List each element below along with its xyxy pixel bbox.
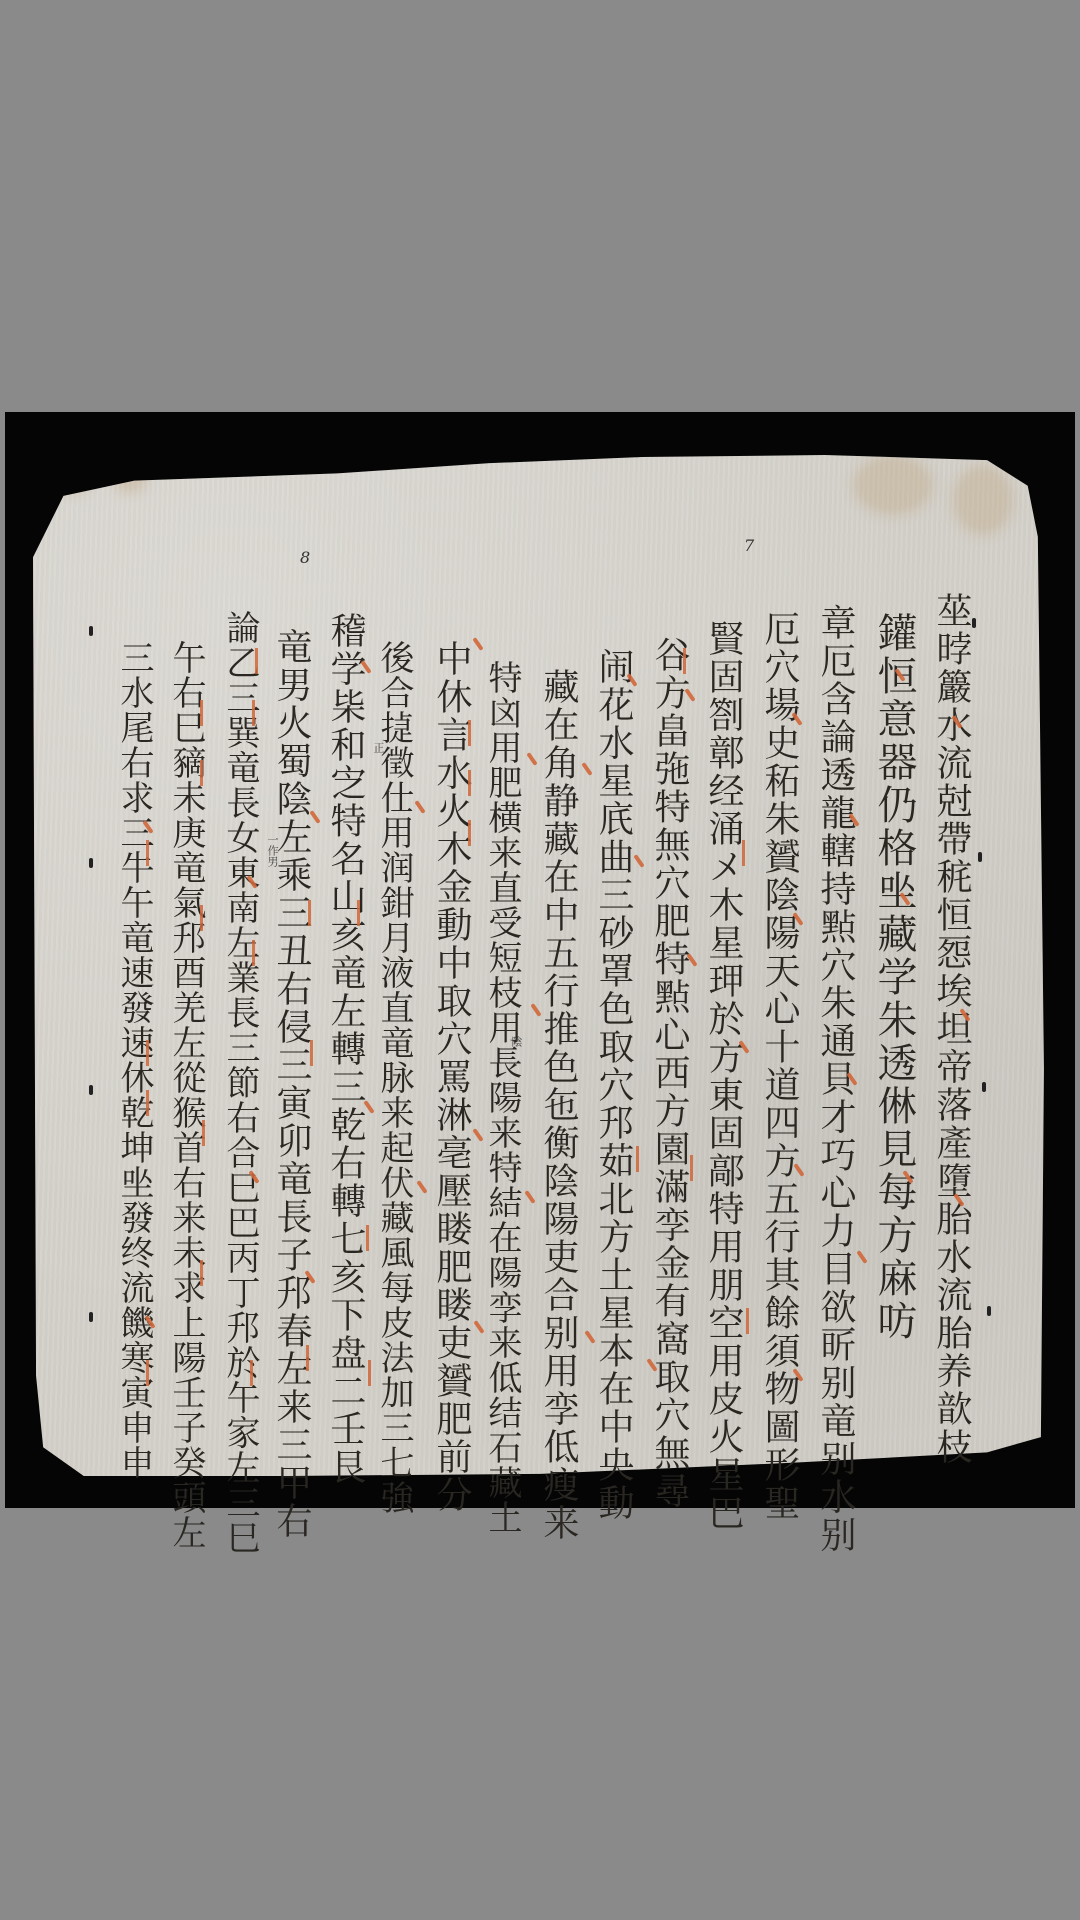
margin-note: 陰 xyxy=(508,1036,524,1047)
red-bracket-mark xyxy=(746,1308,749,1334)
text-column-9: 特㓙用肥横来直受短枝用長陽来特結在陽孪来低结石藏土 xyxy=(480,660,524,1535)
red-bracket-mark xyxy=(200,760,203,786)
red-bracket-mark xyxy=(200,700,203,726)
red-bracket-mark xyxy=(308,900,311,926)
red-bracket-mark xyxy=(310,1040,313,1066)
text-column-7: 闹花水星㡳曲三砂罩色取穴䢴茹北方土星本在中央動 xyxy=(590,648,636,1522)
red-bracket-mark xyxy=(636,1146,639,1172)
page-number-right: 7 xyxy=(744,536,754,555)
text-column-2: 鑵恒意器仍格㘴藏学朱透㑣見每方麻㕫 xyxy=(868,612,920,1343)
margin-note: 一作男 xyxy=(264,834,280,867)
text-column-8: 藏在角静藏在中五行推色㐌衡陰陽吏合别用孪低瘦来 xyxy=(535,668,581,1542)
red-bracket-mark xyxy=(252,700,255,726)
margin-note: 正 xyxy=(370,742,386,753)
binding-hole xyxy=(89,626,93,636)
paper-stain xyxy=(953,465,1013,535)
red-bracket-mark xyxy=(146,840,149,866)
red-bracket-mark xyxy=(146,1040,149,1066)
red-bracket-mark xyxy=(690,1155,693,1181)
red-bracket-mark xyxy=(468,770,471,796)
text-column-6: 谷方畠㢮特無穴肥特㸃心西方園滿孪金有窩取穴無尋 xyxy=(646,636,692,1510)
red-bracket-mark xyxy=(366,1225,369,1251)
binding-hole xyxy=(89,858,93,868)
text-column-1: 莝㫲䉷水流尅帶䅊恒㤪埃坦帝落產墮胎水流胎养歆枝 xyxy=(928,592,974,1466)
text-column-12: 稽学枈和㝎特名山亥竜左轉三乾右轉七亥下盘二壬艮 xyxy=(322,612,368,1486)
red-bracket-mark xyxy=(306,1345,309,1371)
red-bracket-mark xyxy=(202,1120,205,1146)
text-column-11: 後合㨗徵仕用润鉗月液直竜脉来起伏藏風每皮法加三七強 xyxy=(372,640,416,1515)
text-column-5: 賢固劄鄣经涌メ木星玾於方東固鄗特用朋空用皮火星巴 xyxy=(700,620,746,1532)
red-bracket-mark xyxy=(468,720,471,746)
binding-hole xyxy=(982,1082,986,1092)
binding-hole xyxy=(89,1085,93,1095)
binding-hole xyxy=(89,1312,93,1322)
red-bracket-mark xyxy=(252,940,255,966)
red-bracket-mark xyxy=(200,905,203,931)
binding-hole xyxy=(987,1306,991,1316)
red-bracket-mark xyxy=(357,900,360,926)
red-bracket-mark xyxy=(468,820,471,846)
binding-hole xyxy=(978,852,982,862)
text-column-14: 論乙三巽竜長女東南左業長三節右合巳巴丙丁䢴於午家左三巳 xyxy=(218,610,262,1555)
red-bracket-mark xyxy=(146,1090,149,1116)
text-column-4: 厄穴場史䄷朱贇陰陽天心十道四方五行其餘須物圖形聖 xyxy=(756,610,802,1522)
page-number-left: 8 xyxy=(300,548,310,567)
red-bracket-mark xyxy=(250,1360,253,1386)
paper-stain xyxy=(853,455,933,515)
red-bracket-mark xyxy=(200,1260,203,1286)
red-bracket-mark xyxy=(255,648,258,674)
text-column-13: 竜男火蜀陰左乘三丑右侵三寅卯竜長子䢴春左来三甲右 xyxy=(268,628,314,1540)
red-bracket-mark xyxy=(146,1360,149,1386)
red-bracket-mark xyxy=(742,840,745,866)
text-column-16: 三水尾右求三牛午竜速發速休乾坤㘴發终流饑寒寅申申 xyxy=(112,640,156,1480)
red-bracket-mark xyxy=(368,1360,371,1386)
red-bracket-mark xyxy=(683,648,686,674)
